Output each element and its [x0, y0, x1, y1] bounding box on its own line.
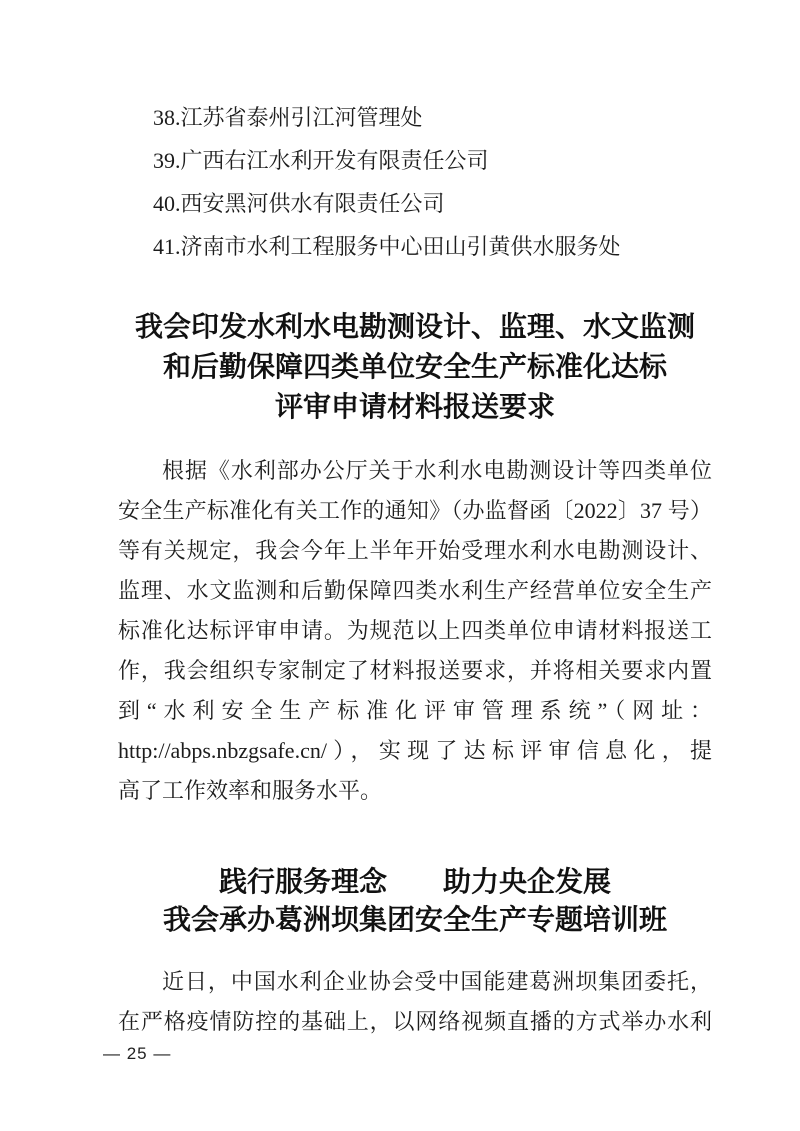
paragraph-line: 近日，中国水利企业协会受中国能建葛洲坝集团委托，	[118, 962, 712, 1002]
article1-title: 我会印发水利水电勘测设计、监理、水文监测 和后勤保障四类单位安全生产标准化达标 …	[118, 308, 712, 428]
paragraph-line: 监理、水文监测和后勤保障四类水利生产经营单位安全生产	[118, 571, 712, 611]
article2-title: 践行服务理念 助力央企发展 我会承办葛洲坝集团安全生产专题培训班	[118, 864, 712, 940]
page-content: 38.江苏省泰州引江河管理处 39.广西右江水利开发有限责任公司 40.西安黑河…	[118, 0, 712, 1042]
certified-units-list: 38.江苏省泰州引江河管理处 39.广西右江水利开发有限责任公司 40.西安黑河…	[118, 0, 712, 268]
list-item: 39.广西右江水利开发有限责任公司	[153, 139, 712, 182]
paragraph-line: 到“水利安全生产标准化评审管理系统”（网址：	[118, 691, 712, 731]
paragraph-line: 在严格疫情防控的基础上，以网络视频直播的方式举办水利	[118, 1002, 712, 1042]
article2-title-line: 我会承办葛洲坝集团安全生产专题培训班	[118, 902, 712, 940]
paragraph-line: 标准化达标评审申请。为规范以上四类单位申请材料报送工	[118, 611, 712, 651]
paragraph-line: 作，我会组织专家制定了材料报送要求，并将相关要求内置	[118, 651, 712, 691]
article1-body: 根据《水利部办公厅关于水利水电勘测设计等四类单位 安全生产标准化有关工作的通知》…	[118, 451, 712, 811]
article1-title-line: 和后勤保障四类单位安全生产标准化达标	[118, 348, 712, 388]
paragraph-line: 根据《水利部办公厅关于水利水电勘测设计等四类单位	[118, 451, 712, 491]
paragraph-line: 等有关规定，我会今年上半年开始受理水利水电勘测设计、	[118, 531, 712, 571]
page-number: — 25 —	[103, 1044, 171, 1064]
article2-title-line: 践行服务理念 助力央企发展	[118, 864, 712, 902]
paragraph-line: 高了工作效率和服务水平。	[118, 771, 712, 811]
article1-title-line: 我会印发水利水电勘测设计、监理、水文监测	[118, 308, 712, 348]
article1-title-line: 评审申请材料报送要求	[118, 388, 712, 428]
article2-body: 近日，中国水利企业协会受中国能建葛洲坝集团委托， 在严格疫情防控的基础上，以网络…	[118, 962, 712, 1042]
list-item: 40.西安黑河供水有限责任公司	[153, 182, 712, 225]
paragraph-line-url: http://abps.nbzgsafe.cn/），实现了达标评审信息化，提	[118, 731, 712, 771]
list-item: 38.江苏省泰州引江河管理处	[153, 96, 712, 139]
paragraph-line: 安全生产标准化有关工作的通知》（办监督函〔2022〕37 号）	[118, 491, 712, 531]
document-page: 38.江苏省泰州引江河管理处 39.广西右江水利开发有限责任公司 40.西安黑河…	[0, 0, 800, 1131]
list-item: 41.济南市水利工程服务中心田山引黄供水服务处	[153, 225, 712, 268]
